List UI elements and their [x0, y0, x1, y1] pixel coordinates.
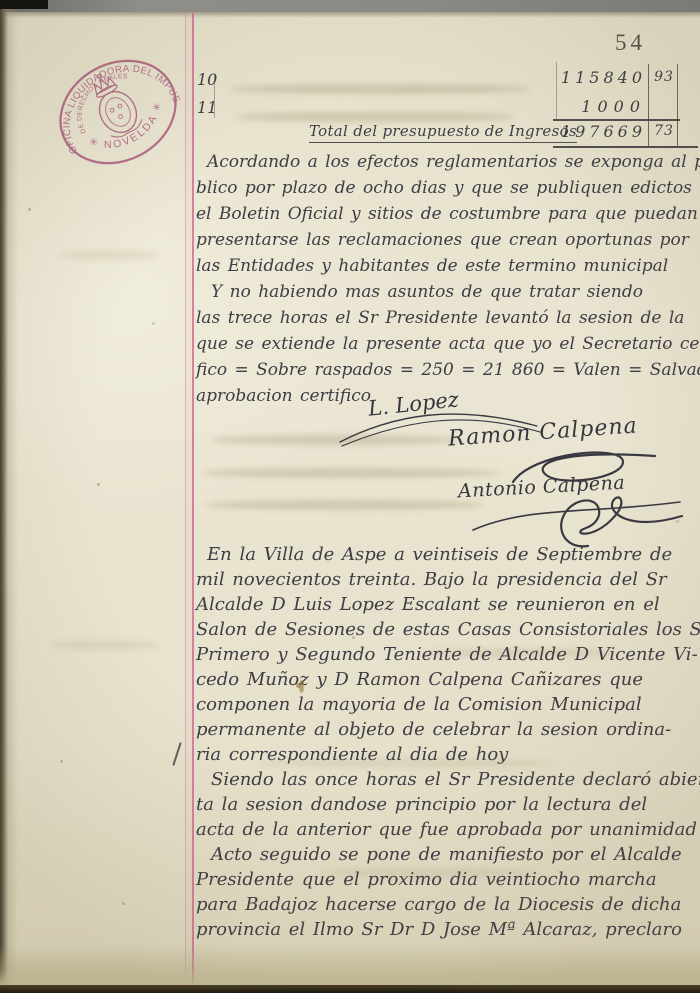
bleedthrough-mark — [205, 500, 485, 510]
text-line: cedo Muñoz y D Ramon Calpena Cañizares q… — [196, 667, 696, 692]
ledger-rule-right — [677, 64, 678, 146]
paper-specks — [0, 0, 3, 3]
text-line: Acordando a los efectos reglamentarios s… — [196, 149, 696, 175]
scan-top-corner — [0, 0, 48, 9]
text-line: para Badajoz hacerse cargo de la Diocesi… — [196, 892, 696, 917]
rubber-stamp-novelda: OFICINA LIQUIDADORA DEL IMPUESTO DE DERE… — [52, 46, 184, 178]
bleedthrough-mark — [50, 640, 160, 650]
text-line: Y no habiendo mas asuntos de que tratar … — [196, 279, 696, 305]
text-line: En la Villa de Aspe a veintiseis de Sept… — [196, 542, 696, 567]
text-line: presentarse las reclamaciones que crean … — [196, 227, 696, 253]
minutes-paragraph-closing: Acordando a los efectos reglamentarios s… — [196, 149, 696, 409]
margin-pen-stroke — [172, 742, 181, 765]
ledger-rule-subtotal — [553, 119, 680, 121]
page-bottom-edge — [0, 944, 700, 987]
text-line: ta la sesion dandose principio por la le… — [196, 792, 696, 817]
text-line: las trece horas el Sr Presidente levantó… — [196, 305, 696, 331]
text-line: blico por plazo de ocho dias y que se pu… — [196, 175, 696, 201]
text-line: que se extiende la presente acta que yo … — [196, 331, 696, 357]
bleedthrough-mark — [235, 112, 515, 122]
text-line: Salon de Sesiones de estas Casas Consist… — [196, 617, 696, 642]
ledger-rule-items — [214, 74, 215, 118]
ledger-rule-cents — [648, 64, 649, 146]
text-line: provincia el Ilmo Sr Dr D Jose Mª Alcara… — [196, 917, 696, 942]
text-line: componen la mayoria de la Comision Munic… — [196, 692, 696, 717]
page-top-shadow — [0, 12, 700, 18]
ledger-margin-rule — [185, 13, 194, 985]
text-line: mil novecientos treinta. Bajo la preside… — [196, 567, 696, 592]
ledger-cents: 93 — [651, 69, 677, 85]
text-line: Alcalde D Luis Lopez Escalant se reunier… — [196, 592, 696, 617]
text-line: permanente al objeto de celebrar la sesi… — [196, 717, 696, 742]
text-line: fico = Sobre raspados = 250 = 21 860 = V… — [196, 357, 696, 383]
scanned-manuscript-page: 54 OFICINA L — [0, 0, 700, 993]
ink-stain — [299, 680, 304, 693]
text-line: Primero y Segundo Teniente de Alcalde D … — [196, 642, 696, 667]
ledger-rule-desc — [556, 62, 557, 119]
bleedthrough-mark — [200, 468, 500, 478]
minutes-paragraph-session: En la Villa de Aspe a veintiseis de Sept… — [196, 542, 696, 942]
bleedthrough-mark — [230, 84, 530, 94]
text-line: el Boletin Oficial y sitios de costumbre… — [196, 201, 696, 227]
scan-bottom-edge — [0, 985, 700, 993]
text-line: Presidente que el proximo dia veintiocho… — [196, 867, 696, 892]
book-binding-edge — [0, 9, 18, 993]
text-line: Acto seguido se pone de manifiesto por e… — [196, 842, 696, 867]
page-number: 54 — [615, 30, 646, 56]
ledger-rule-total — [553, 146, 698, 148]
ledger-total-cents: 73 — [651, 123, 677, 139]
text-line: acta de la anterior que fue aprobada por… — [196, 817, 696, 842]
bleedthrough-mark — [60, 250, 160, 260]
ledger-total-amount: 197669 — [540, 122, 646, 141]
ledger-total-label: Total del presupuesto de Ingresos — [309, 122, 577, 143]
text-line: ria correspondiente al dia de hoy — [196, 742, 696, 767]
text-line: Siendo las once horas el Sr Presidente d… — [196, 767, 696, 792]
text-line: las Entidades y habitantes de este termi… — [196, 253, 696, 279]
scan-top-edge — [0, 0, 700, 12]
